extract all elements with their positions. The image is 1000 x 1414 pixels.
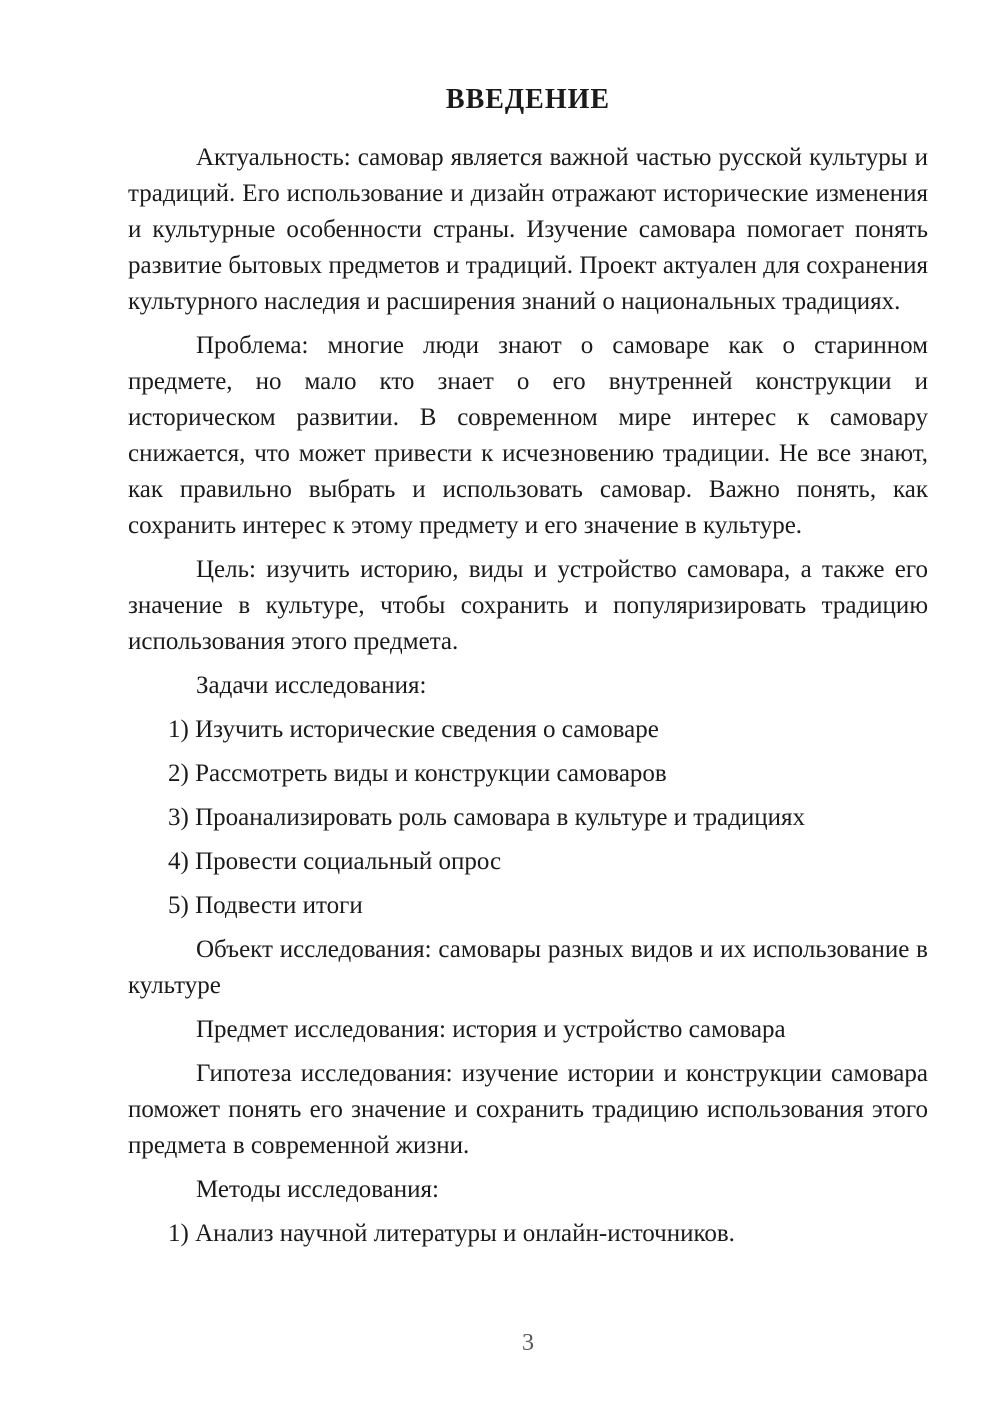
page-number: 3 [128, 1328, 928, 1358]
task-item-1: 1) Изучить исторические сведения о самов… [128, 712, 928, 748]
tasks-list: 1) Изучить исторические сведения о самов… [128, 712, 928, 924]
methods-list: 1) Анализ научной литературы и онлайн-ис… [128, 1216, 928, 1252]
paragraph-subject: Предмет исследования: история и устройст… [128, 1012, 928, 1048]
paragraph-relevance: Актуальность: самовар является важной ча… [128, 140, 928, 320]
paragraph-goal: Цель: изучить историю, виды и устройство… [128, 552, 928, 660]
task-item-2: 2) Рассмотреть виды и конструкции самова… [128, 756, 928, 792]
method-item-1: 1) Анализ научной литературы и онлайн-ис… [128, 1216, 928, 1252]
methods-heading: Методы исследования: [128, 1172, 928, 1208]
document-page: ВВЕДЕНИЕ Актуальность: самовар является … [0, 0, 1000, 1414]
task-item-4: 4) Провести социальный опрос [128, 844, 928, 880]
paragraph-object: Объект исследования: самовары разных вид… [128, 932, 928, 1004]
paragraph-hypothesis: Гипотеза исследования: изучение истории … [128, 1056, 928, 1164]
paragraph-problem: Проблема: многие люди знают о самоваре к… [128, 328, 928, 544]
task-item-5: 5) Подвести итоги [128, 888, 928, 924]
tasks-heading: Задачи исследования: [128, 668, 928, 704]
page-title: ВВЕДЕНИЕ [128, 82, 928, 118]
task-item-3: 3) Проанализировать роль самовара в куль… [128, 800, 928, 836]
